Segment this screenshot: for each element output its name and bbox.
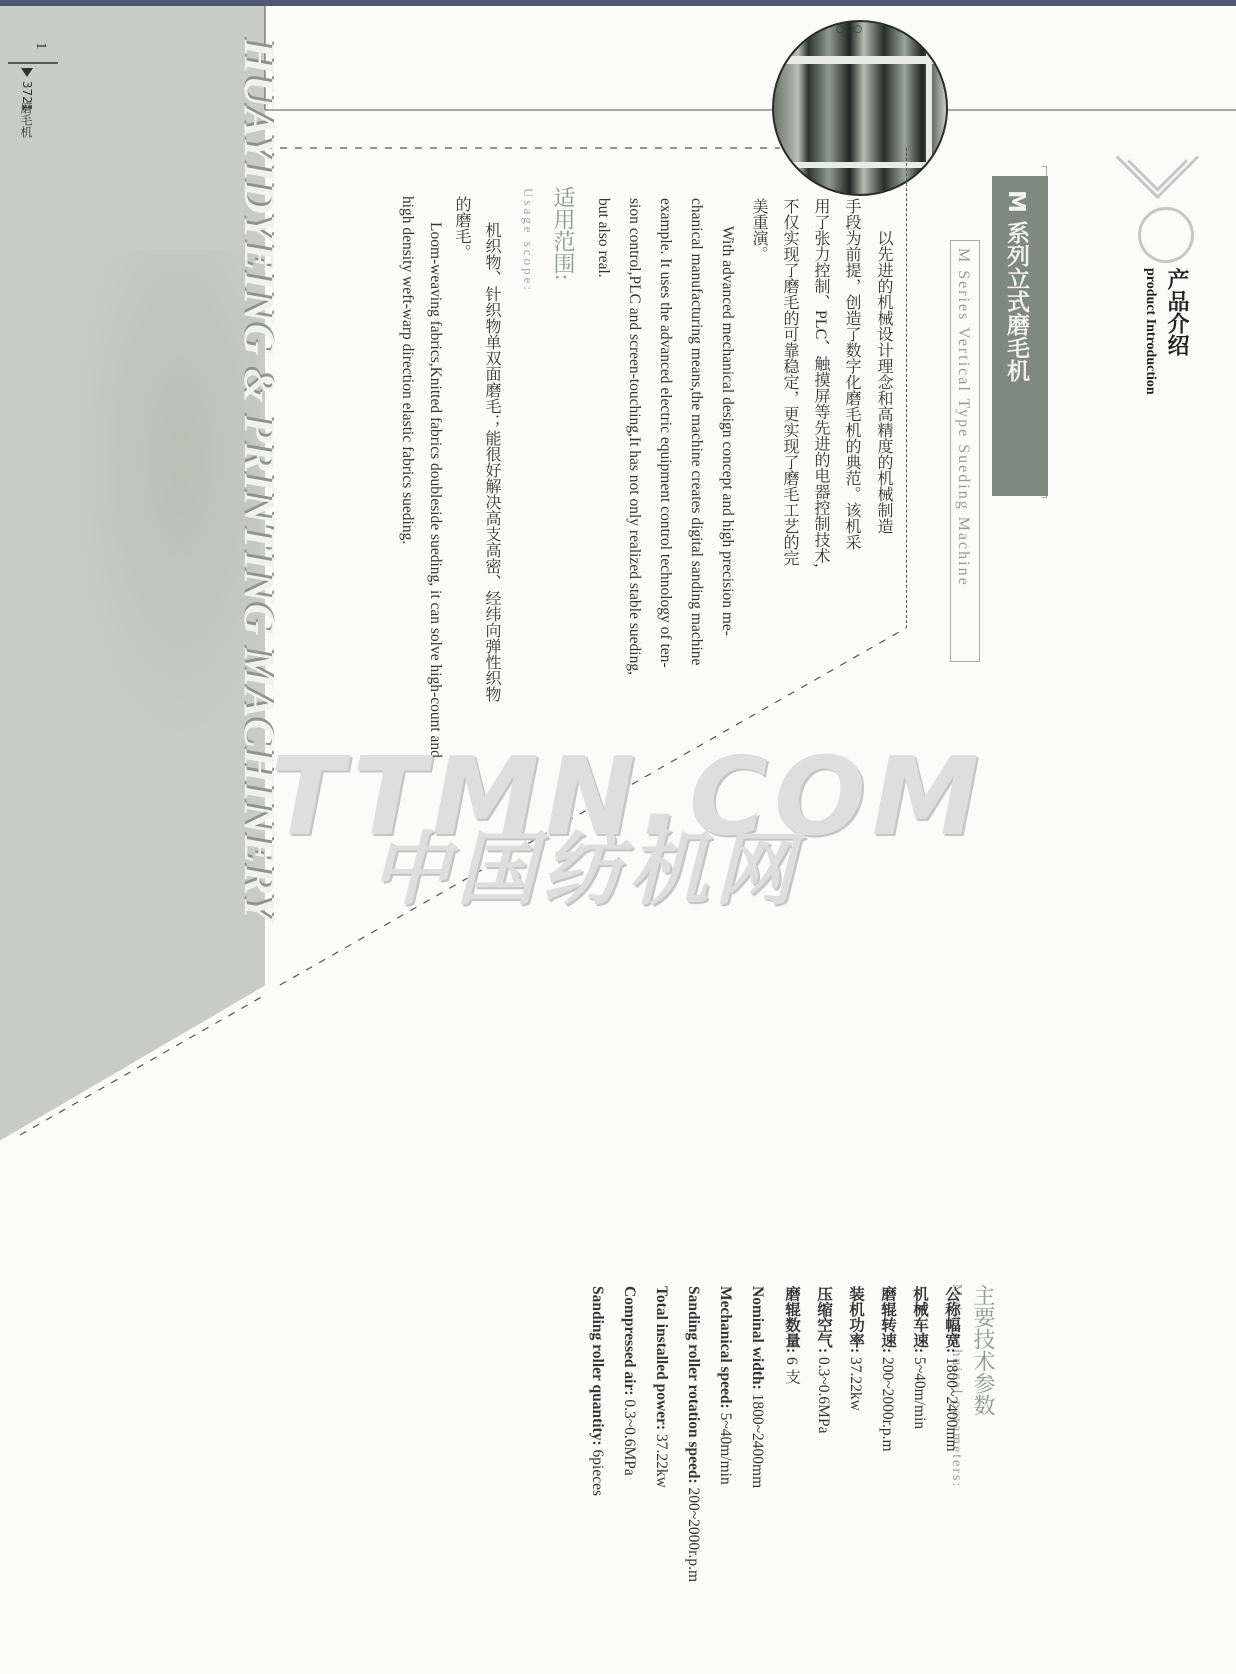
specs-heading-cn: 主要技术参数 xyxy=(968,1284,999,1416)
triangle-logo-icon xyxy=(21,68,33,77)
spec-cn-item: 装机功率: 37.22kw xyxy=(844,1286,866,1411)
dashed-vertical xyxy=(906,148,907,628)
spec-cn-item: 磨辊转速: 200~2000r.p.m xyxy=(876,1286,898,1452)
spec-en-item: Total installed power: 37.22kw xyxy=(652,1286,670,1488)
dashed-diagonal-lower xyxy=(20,995,265,1135)
spec-cn-item: 压缩空气: 0.3~0.6MPa xyxy=(812,1286,834,1433)
usage-cn-line-2: 的磨毛。 xyxy=(446,196,477,260)
series-name: 磨毛机 xyxy=(18,102,35,138)
circle-icon xyxy=(1138,207,1194,263)
spec-en-item: Compressed air: 0.3~0.6MPa xyxy=(620,1286,638,1476)
spec-en-item: Sanding roller quantity: 6pieces xyxy=(588,1286,606,1496)
machine-photo: ○○○ xyxy=(772,20,948,196)
usage-en-line-2: high density weft-warp direction elastic… xyxy=(392,196,422,544)
usage-heading-en: Usage scope: xyxy=(520,188,536,293)
watermark-cn: 中国纺机网 xyxy=(370,805,800,920)
watercolor-decoration xyxy=(60,250,260,770)
spec-en-item: Nominal width: 1800~2400mm xyxy=(748,1286,766,1488)
desc-en-line-1: With advanced mechanical design concept … xyxy=(712,226,742,636)
desc-cn-line-2: 手段为前提，创造了数字化磨毛机的典范。该机采 xyxy=(836,198,867,550)
usage-cn-line-1: 机织物、针织物单双面磨毛；能很好解决高支高密、经纬向弹性织物 xyxy=(476,222,507,702)
top-band xyxy=(0,0,1236,6)
spec-en-item: Sanding roller rotation speed: 200~2000r… xyxy=(684,1286,702,1582)
section-title-en: product Introduction xyxy=(1142,268,1158,395)
spec-en-item: Mechanical speed: 5~40m/min xyxy=(716,1286,734,1485)
section-title-cn: 产品介绍 xyxy=(1162,268,1193,356)
desc-en-line-4: sion control,PLC and screen-touching,It … xyxy=(619,198,649,675)
product-name-en: M Series Vertical Type Sueding Machine xyxy=(954,248,972,587)
page-number: 1 xyxy=(32,42,49,50)
usage-heading-cn: 适用范围: xyxy=(548,186,579,280)
spec-cn-item: 机械车速: 5~40m/min xyxy=(908,1286,930,1429)
desc-cn-line-5: 美重演。 xyxy=(743,198,774,262)
desc-cn-line-4: 不仅实现了磨毛的可靠稳定，更实现了磨毛工艺的完 xyxy=(774,198,805,566)
desc-en-line-5: but also real. xyxy=(588,198,618,278)
desc-en-line-3: example. It uses the advanced electric e… xyxy=(650,198,680,668)
desc-en-line-2: chanical manufacturing means,the machine… xyxy=(681,198,711,665)
product-name-cn: M 系列立式磨毛机 xyxy=(1000,190,1033,382)
usage-en-line-1: Loom-weaving fabrics,Knitted fabrics dou… xyxy=(420,222,450,758)
spec-cn-item: 公称幅宽: 1800~2400mm xyxy=(940,1286,962,1452)
desc-cn-line-1: 以先进的机械设计理念和高精度的机械制造 xyxy=(868,230,899,534)
desc-cn-line-3: 用了张力控制、PLC、触摸屏等先进的电器控制技术, xyxy=(805,198,836,567)
spec-cn-item: 磨辊数量: 6 支 xyxy=(780,1286,802,1384)
